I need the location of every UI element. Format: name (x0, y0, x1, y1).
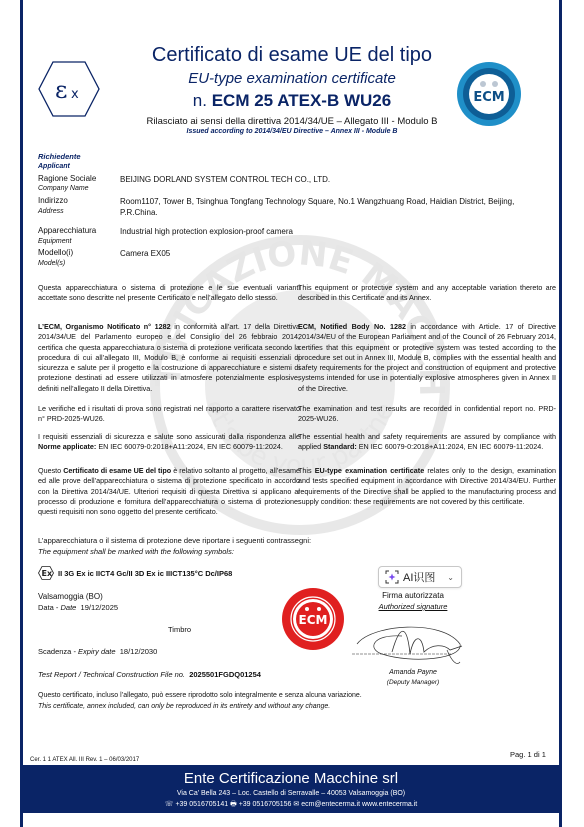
company-name-label: Ragione Sociale (38, 174, 96, 183)
svg-text:ECM: ECM (299, 613, 328, 627)
marking-instruction-en: The equipment shall be marked with the f… (38, 547, 234, 556)
certification-statement-en: ECM, Notified Body No. 1282 in accordanc… (298, 322, 556, 394)
certificate-title-en: EU-type examination certificate (0, 70, 584, 87)
footer-banner: Ente Certificazione Macchine srl Via Ca’… (20, 765, 562, 813)
scope-statement-it: Questo Certificato di esame UE del tipo … (38, 466, 300, 517)
description-it: Questa apparecchiatura o sistema di prot… (38, 283, 300, 304)
applicant-heading-it: Richiedente (38, 152, 81, 161)
handwritten-signature-icon (352, 614, 472, 669)
equipment-label-en: Equipment (38, 238, 71, 245)
document-revision: Cer. 1 1 ATEX All. III Rev. 1 – 06/03/20… (30, 757, 139, 763)
address-label-en: Address (38, 208, 64, 215)
signer-role: (Deputy Manager) (363, 679, 463, 686)
sparkle-scan-icon (385, 570, 399, 584)
model-label: Modello(i) (38, 248, 73, 257)
test-report-statement-it: Le verifiche ed i risultati di prova son… (38, 404, 300, 425)
chevron-down-icon: ⌄ (447, 573, 454, 582)
authorized-signature-label: Firma autorizzata (363, 591, 463, 600)
reproduction-notice-en: This certificate, annex included, can on… (38, 703, 330, 710)
signer-name: Amanda Payne (363, 669, 463, 676)
standards-statement-it: I requisiti essenziali di sicurezza e sa… (38, 432, 300, 453)
address-label: Indirizzo (38, 196, 68, 205)
reproduction-notice-it: Questo certificato, incluso l’allegato, … (38, 692, 362, 699)
issuance-place: Valsamoggia (BO) (38, 592, 103, 601)
page-border-right-lower (559, 812, 562, 827)
footer-address: Via Ca’ Bella 243 – Loc. Castello di Ser… (20, 790, 562, 797)
company-name-label-en: Company Name (38, 185, 89, 192)
certification-statement-it: L’ECM, Organismo Notificato n° 1282 in c… (38, 322, 300, 394)
expiry-date: Scadenza - Expiry date 18/12/2030 (38, 647, 157, 656)
company-stamp-icon: ECM (281, 587, 345, 651)
marking-code: Ex II 3G Ex ic IICT4 Gc/II 3D Ex ic IIIC… (38, 566, 232, 580)
authorized-signature-label-en: Authorized signature (363, 602, 463, 611)
footer-company-name: Ente Certificazione Macchine srl (20, 770, 562, 787)
svg-text:Ex: Ex (42, 569, 53, 578)
standards-statement-en: The essential health and safety requirem… (298, 432, 556, 453)
page-border-left-lower (20, 812, 23, 827)
ai-image-recognition-button[interactable]: AI识图 ⌄ (378, 566, 462, 588)
equipment-value: Industrial high protection explosion-pro… (120, 226, 550, 237)
page-number: Pag. 1 di 1 (510, 750, 546, 759)
issued-under-it: Rilasciato ai sensi della direttiva 2014… (0, 116, 584, 127)
issued-under-en: Issued according to 2014/34/EU Directive… (0, 128, 584, 135)
scope-statement-en: This EU-type examination certificate rel… (298, 466, 556, 507)
issuance-date: Data - Date 19/12/2025 (38, 603, 118, 612)
company-name-value: BEIJING DORLAND SYSTEM CONTROL TECH CO.,… (120, 174, 550, 185)
description-en: This equipment or protective system and … (298, 283, 556, 304)
test-report-number: Test Report / Technical Construction Fil… (38, 670, 261, 679)
applicant-heading-en: Applicant (38, 163, 70, 170)
model-label-en: Model(s) (38, 260, 65, 267)
atex-ex-small-icon: Ex (38, 566, 54, 580)
stamp-label: Timbro (168, 625, 191, 634)
address-value: Room1107, Tower B, Tsinghua Tongfang Tec… (120, 196, 550, 218)
footer-contacts: ☏ +39 0516705141 🖶 +39 0516705156 ✉ ecm@… (20, 800, 562, 811)
certificate-number: n. ECM 25 ATEX-B WU26 (0, 91, 584, 111)
model-value: Camera EX05 (120, 248, 550, 259)
equipment-label: Apparecchiatura (38, 226, 96, 235)
ai-button-label: AI识图 (403, 569, 435, 585)
certificate-title-it: Certificato di esame UE del tipo (0, 44, 584, 67)
test-report-statement-en: The examination and test results are rec… (298, 404, 556, 425)
marking-instruction-it: L’apparecchiatura o il sistema di protez… (38, 536, 311, 545)
